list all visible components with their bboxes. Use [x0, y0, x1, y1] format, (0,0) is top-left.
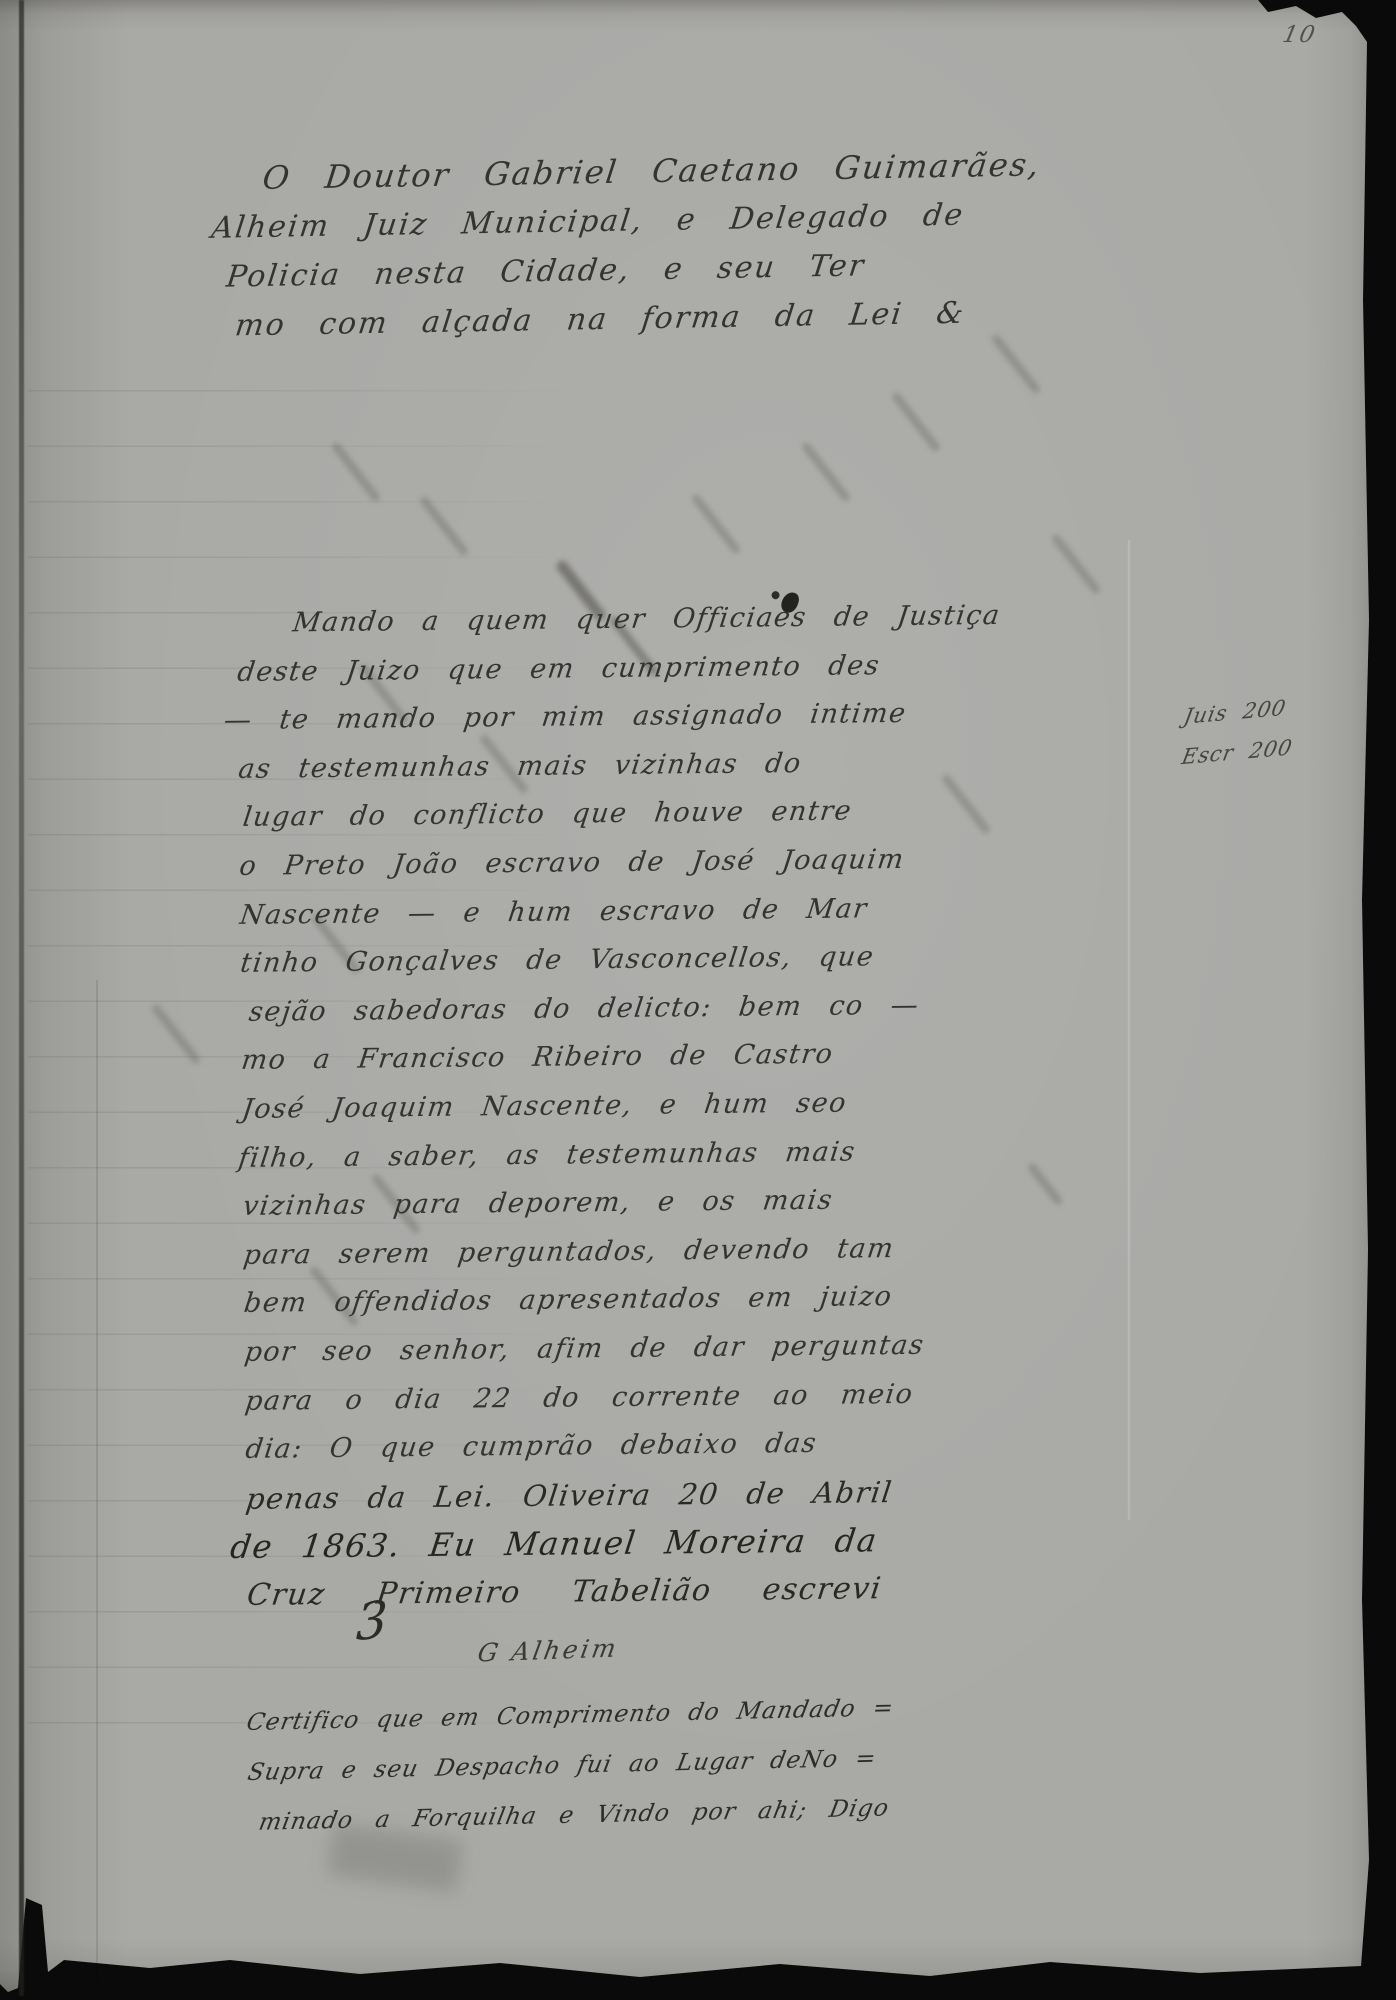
handwritten-line: o Preto João escravo de José Joaquim — [236, 835, 982, 891]
handwritten-line: Mando a quem quer Officiaes de Justiça — [290, 592, 980, 648]
document-scan: 10 O Doutor Gabriel Caetano Guimarães,Al… — [0, 0, 1396, 2000]
body-paragraph: Mando a quem quer Officiaes de Justiçade… — [237, 592, 988, 1620]
handwritten-line: penas da Lei. Oliveira 20 de Abril — [243, 1467, 989, 1523]
signature-name: G Alheim — [475, 1633, 621, 1667]
handwritten-line: bem offendidos apresentados em juizo — [241, 1272, 987, 1328]
handwritten-line: lugar do conflicto que houve entre — [240, 786, 982, 842]
handwritten-line: para serem perguntados, devendo tam — [240, 1224, 986, 1280]
handwritten-line: José Joaquim Nascente, e hum seo — [239, 1078, 985, 1134]
handwritten-line: vizinhas para deporem, e os mais — [240, 1175, 986, 1231]
heading-paragraph: O Doutor Gabriel Caetano Guimarães,Alhei… — [210, 141, 993, 351]
handwritten-line: as testemunhas mais vizinhas do — [235, 738, 981, 794]
handwritten-line: deste Juizo que em cumprimento des — [234, 641, 980, 697]
certificate-paragraph: Certifico que em Comprimento do Mandado … — [246, 1679, 1039, 1847]
handwritten-line: filho, a saber, as testemunhas mais — [235, 1127, 985, 1183]
paper-fold-line — [1128, 540, 1130, 1520]
handwritten-line: Nascente — e hum escravo de Mar — [237, 884, 983, 940]
handwritten-line: tinho Gonçalves de Vasconcellos, que — [237, 932, 983, 988]
handwritten-line: — te mando por mim assignado intime — [221, 689, 981, 746]
underlying-page-edge — [96, 980, 98, 1980]
handwritten-line: dia: O que cumprão debaixo das — [242, 1418, 988, 1474]
handwritten-line: mo a Francisco Ribeiro de Castro — [238, 1029, 984, 1085]
signature-flourish: 3 — [355, 1589, 389, 1652]
handwritten-line: para o dia 22 do corrente ao meio — [242, 1370, 988, 1426]
binding-crease — [19, 0, 24, 1996]
handwritten-line: de 1863. Eu Manuel Moreira da — [227, 1515, 989, 1572]
handwritten-line: sejão sabedoras do delicto: bem co — — [246, 981, 984, 1037]
handwritten-line: por seo senhor, afim de dar perguntas — [241, 1321, 987, 1377]
margin-fee-note: Juis 200Escr 200 — [1181, 687, 1295, 777]
page-number: 10 — [1280, 22, 1319, 48]
